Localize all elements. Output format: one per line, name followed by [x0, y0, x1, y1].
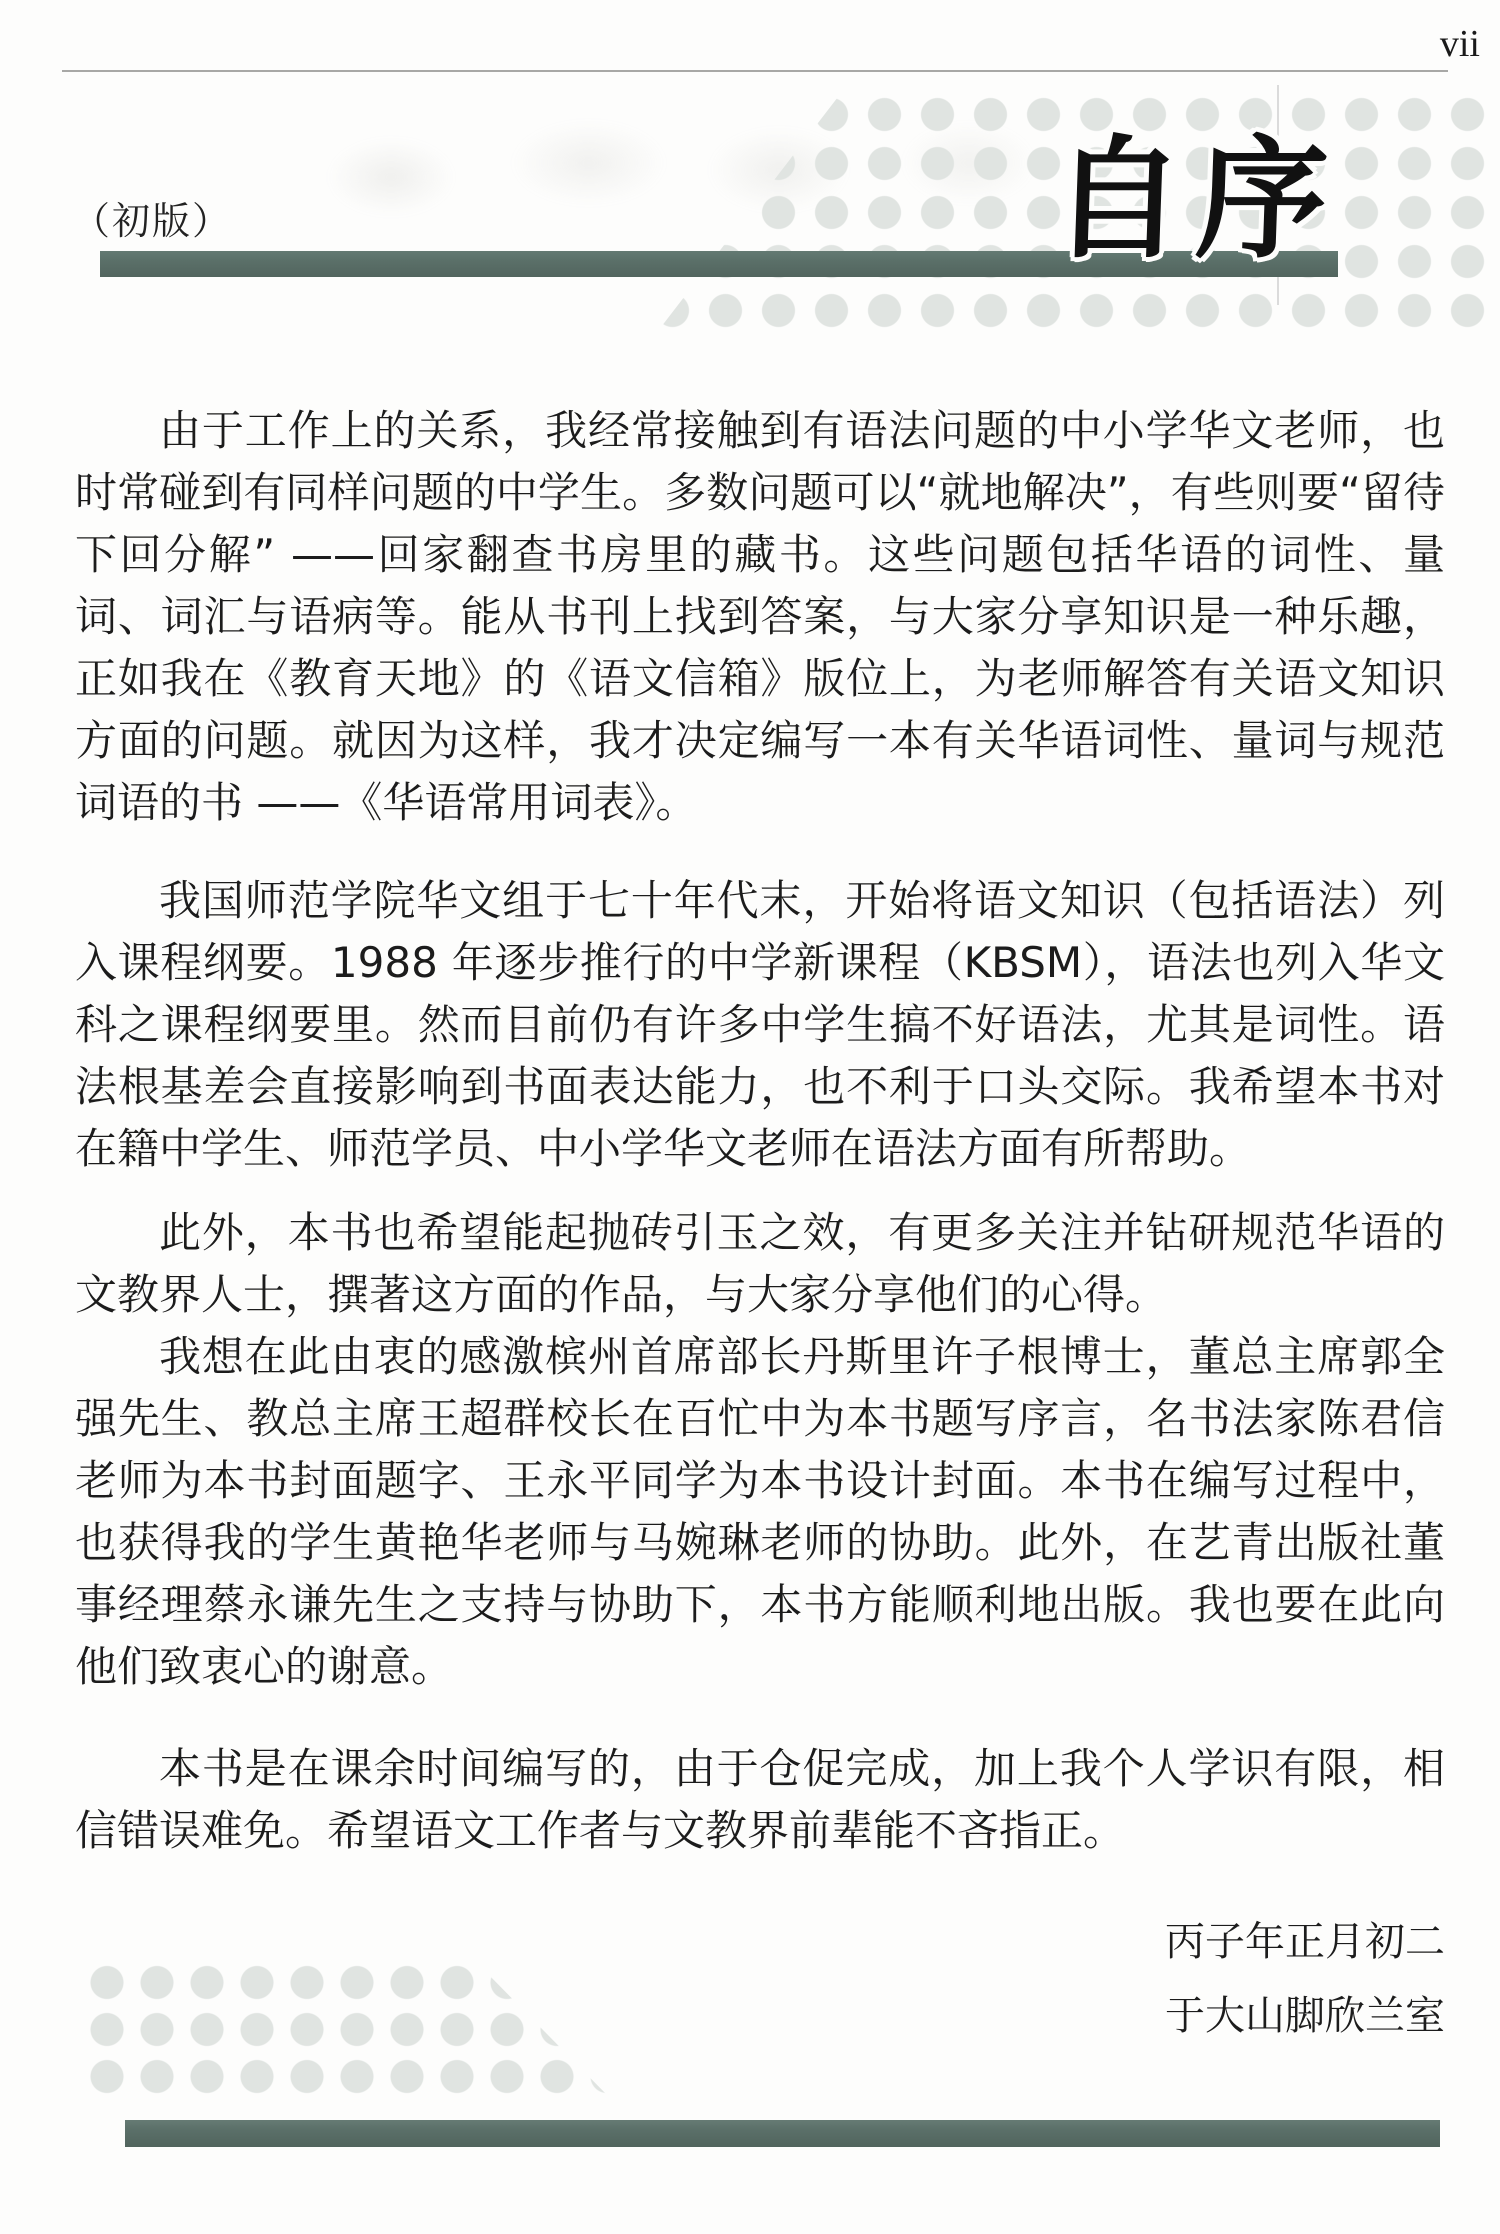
paragraph-5: 本书是在课余时间编写的，由于仓促完成，加上我个人学识有限，相信错误难免。希望语文… [75, 1738, 1445, 1862]
paragraph-2: 我国师范学院华文组于七十年代末，开始将语文知识（包括语法）列入课程纲要。1988… [75, 870, 1445, 1180]
edition-label: （初版） [72, 190, 232, 245]
preface-body: 由于工作上的关系，我经常接触到有语法问题的中小学华文老师，也时常碰到有同样问题的… [75, 400, 1445, 1862]
paragraph-3: 此外，本书也希望能起抛砖引玉之效，有更多关注并钻研规范华语的文教界人士，撰著这方… [75, 1202, 1445, 1326]
signature-block: 丙子年正月初二 于大山脚欣兰室 [1165, 1905, 1445, 2053]
page-title: 自序 [1049, 128, 1342, 273]
page-number: vii [1440, 22, 1480, 66]
footer-bar [125, 2120, 1440, 2147]
signature-place: 于大山脚欣兰室 [1165, 1979, 1445, 2053]
scanned-book-page: vii （初版） 自序 由于工作上的关系，我经常接触到有语法问题的中小学华文老师… [0, 0, 1500, 2234]
dot-pattern-bottom [78, 1956, 608, 2096]
signature-date: 丙子年正月初二 [1165, 1905, 1445, 1979]
header-rule [62, 70, 1448, 72]
paragraph-4: 我想在此由衷的感激槟州首席部长丹斯里许子根博士，董总主席郭全强先生、教总主席王超… [75, 1326, 1445, 1698]
paragraph-1: 由于工作上的关系，我经常接触到有语法问题的中小学华文老师，也时常碰到有同样问题的… [75, 400, 1445, 834]
